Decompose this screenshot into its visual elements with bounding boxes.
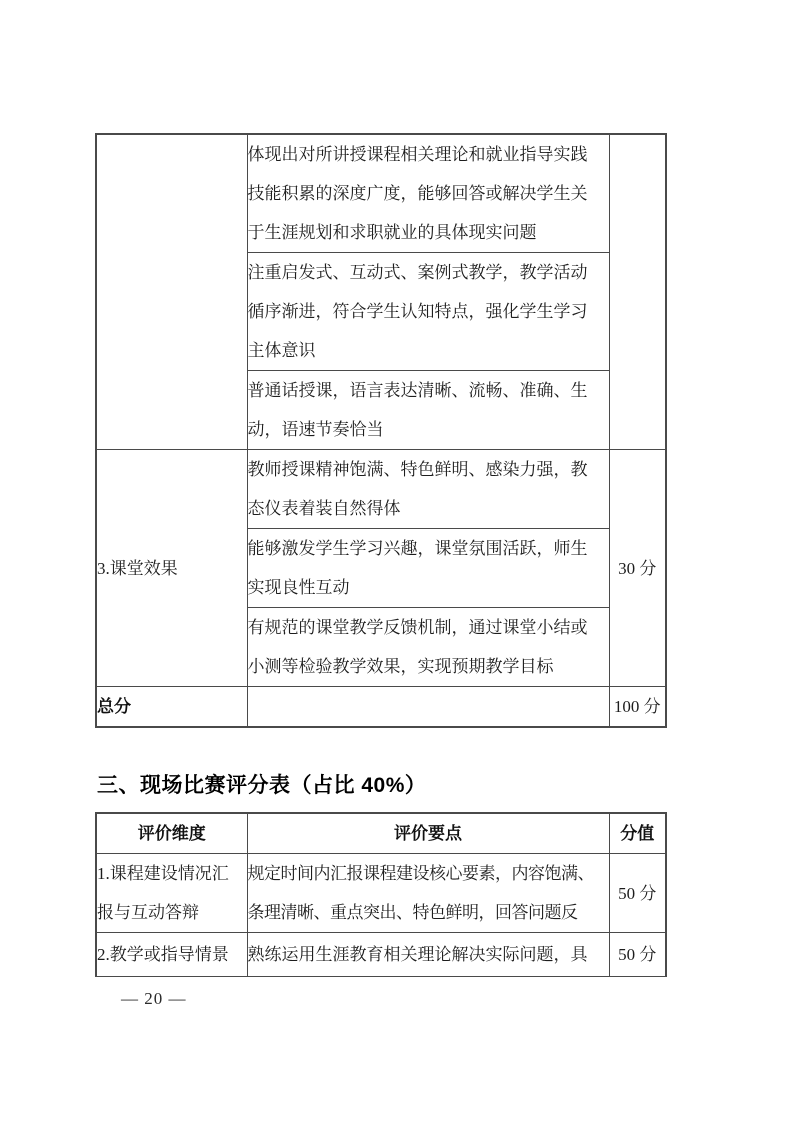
total-row: 总分 100 分 — [96, 687, 666, 728]
classroom-teaching-score-table: 体现出对所讲授课程相关理论和就业指导实践 技能积累的深度广度，能够回答或解决学生… — [95, 133, 667, 728]
header-evaluation-dimension: 评价维度 — [96, 813, 247, 854]
evaluation-point-cell: 规定时间内汇报课程建设核心要素，内容饱满、 条理清晰、重点突出、特色鲜明，回答问… — [247, 854, 609, 933]
total-label-cell: 总分 — [96, 687, 247, 728]
dimension-cell-course-report: 1.课程建设情况汇 报与互动答辩 — [96, 854, 247, 933]
evaluation-point-cell: 普通话授课，语言表达清晰、流畅、准确、生 动，语速节奏恰当 — [247, 371, 609, 450]
page-number: — 20 — — [121, 989, 187, 1009]
dimension-cell-teaching-scenario: 2.教学或指导情景 — [96, 933, 247, 977]
evaluation-point-cell: 教师授课精神饱满、特色鲜明、感染力强，教 态仪表着装自然得体 — [247, 450, 609, 529]
score-cell-50: 50 分 — [609, 933, 666, 977]
score-cell-100: 100 分 — [609, 687, 666, 728]
section-heading: 三、现场比赛评分表（占比 40%） — [97, 769, 426, 799]
header-score: 分值 — [609, 813, 666, 854]
table-row: 3.课堂效果 教师授课精神饱满、特色鲜明、感染力强，教 态仪表着装自然得体 30… — [96, 450, 666, 529]
score-cell-30: 30 分 — [609, 450, 666, 687]
evaluation-point-cell: 有规范的课堂教学反馈机制，通过课堂小结或 小测等检验教学效果，实现预期教学目标 — [247, 608, 609, 687]
score-cell-50: 50 分 — [609, 854, 666, 933]
table-row: 1.课程建设情况汇 报与互动答辩 规定时间内汇报课程建设核心要素，内容饱满、 条… — [96, 854, 666, 933]
dimension-cell-classroom-effect: 3.课堂效果 — [96, 450, 247, 687]
evaluation-point-cell: 熟练运用生涯教育相关理论解决实际问题，具 — [247, 933, 609, 977]
empty-cell — [247, 687, 609, 728]
header-evaluation-points: 评价要点 — [247, 813, 609, 854]
document-page: 体现出对所讲授课程相关理论和就业指导实践 技能积累的深度广度，能够回答或解决学生… — [0, 0, 794, 1122]
onsite-competition-score-table: 评价维度 评价要点 分值 1.课程建设情况汇 报与互动答辩 规定时间内汇报课程建… — [95, 812, 667, 977]
table-row: 体现出对所讲授课程相关理论和就业指导实践 技能积累的深度广度，能够回答或解决学生… — [96, 134, 666, 253]
evaluation-point-cell: 体现出对所讲授课程相关理论和就业指导实践 技能积累的深度广度，能够回答或解决学生… — [247, 134, 609, 253]
header-row: 评价维度 评价要点 分值 — [96, 813, 666, 854]
table-row: 2.教学或指导情景 熟练运用生涯教育相关理论解决实际问题，具 50 分 — [96, 933, 666, 977]
evaluation-point-cell: 注重启发式、互动式、案例式教学，教学活动 循序渐进，符合学生认知特点，强化学生学… — [247, 253, 609, 371]
evaluation-point-cell: 能够激发学生学习兴趣，课堂氛围活跃，师生 实现良性互动 — [247, 529, 609, 608]
empty-dimension-cell — [96, 134, 247, 450]
empty-score-cell — [609, 134, 666, 450]
